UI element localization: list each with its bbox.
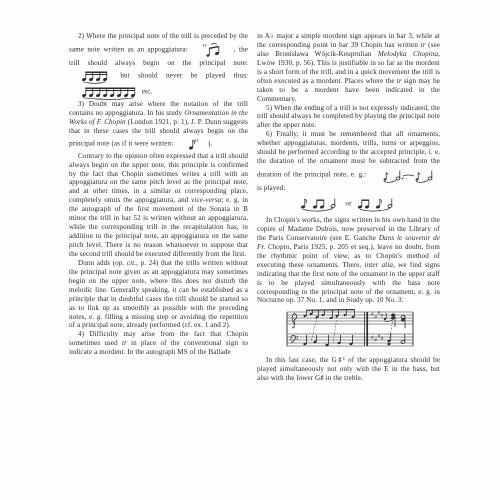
paragraph: 6) Finally, it must be remembered that a…: [257, 130, 440, 193]
grand-staff-figure: ########: [281, 307, 417, 353]
text-run: vice-versa: [191, 196, 221, 204]
scanned-page: 2) Where the principal note of the trill…: [0, 0, 500, 500]
svg-text:#: #: [380, 336, 383, 342]
beamed-eight-figure: [71, 84, 138, 100]
paragraph: 2) Where the principal note of the trill…: [69, 32, 248, 100]
text-run: inter alia: [365, 261, 394, 269]
grace-trill-figure-svg: tr: [202, 41, 228, 59]
text-run: but should never be played thus:: [112, 72, 248, 80]
music-figure-row: ########: [257, 307, 440, 353]
text-run: is played:: [257, 184, 285, 192]
music-figure-row: or: [257, 195, 440, 213]
paragraph: 4) Difficulty may arise from the fact th…: [69, 330, 248, 357]
appoggiatura-half-figure-svg: [380, 166, 438, 184]
paragraph: Dunn adds (op. cit., p. 24) that the tri…: [69, 259, 248, 331]
grace-trill-figure: tr: [193, 41, 228, 59]
text-run: ).: [206, 139, 212, 147]
paragraph: In Chopin's works, the signs written in …: [257, 216, 440, 305]
text-run: , p. 24) that the trills written without…: [69, 259, 248, 330]
paragraph: in A♭ major a simple mordent sign appear…: [257, 32, 440, 104]
text-run: in A♭ major a simple mordent sign appear…: [257, 32, 440, 49]
appoggiatura-half-figure: [371, 166, 438, 184]
left-column: 2) Where the principal note of the trill…: [69, 32, 248, 383]
text-run: Melodyka Chopina: [378, 50, 438, 58]
text-columns: 2) Where the principal note of the trill…: [69, 32, 440, 383]
text-run: In this last case, the G♯¹ of the appogg…: [257, 356, 440, 382]
played-a-figure-svg: [298, 195, 342, 213]
paragraph: Contrary to the opinion often expressed …: [69, 152, 248, 259]
text-run: 5) When the ending of a trill is not exp…: [257, 104, 440, 130]
beamed-four-figure: [71, 68, 110, 84]
played-b-figure-svg: [355, 195, 399, 213]
text-run: etc.: [140, 88, 152, 96]
paragraph: In this last case, the G♯¹ of the appogg…: [257, 356, 440, 383]
beamed-eight-figure-svg: [80, 84, 138, 100]
played-b-figure: [355, 195, 399, 213]
grand-staff-figure-svg: ########: [281, 307, 417, 353]
text-run: ; e. g. in the autograph of the first mo…: [69, 196, 248, 258]
svg-text:#: #: [380, 313, 383, 319]
svg-text:tr: tr: [203, 43, 208, 49]
note-trill-figure: tr: [177, 136, 204, 152]
text-run: or: [344, 200, 354, 208]
right-column: in A♭ major a simple mordent sign appear…: [257, 32, 440, 383]
text-run: Dunn adds (: [78, 259, 115, 267]
note-trill-figure-svg: tr: [186, 136, 204, 152]
beamed-four-figure-svg: [80, 68, 110, 84]
text-run: op. cit.: [115, 259, 136, 267]
paragraph: 5) When the ending of a trill is not exp…: [257, 104, 440, 131]
svg-text:tr: tr: [195, 138, 200, 144]
played-a-figure: [298, 195, 342, 213]
paragraph: 3) Doubt may arise where the notation of…: [69, 100, 248, 152]
